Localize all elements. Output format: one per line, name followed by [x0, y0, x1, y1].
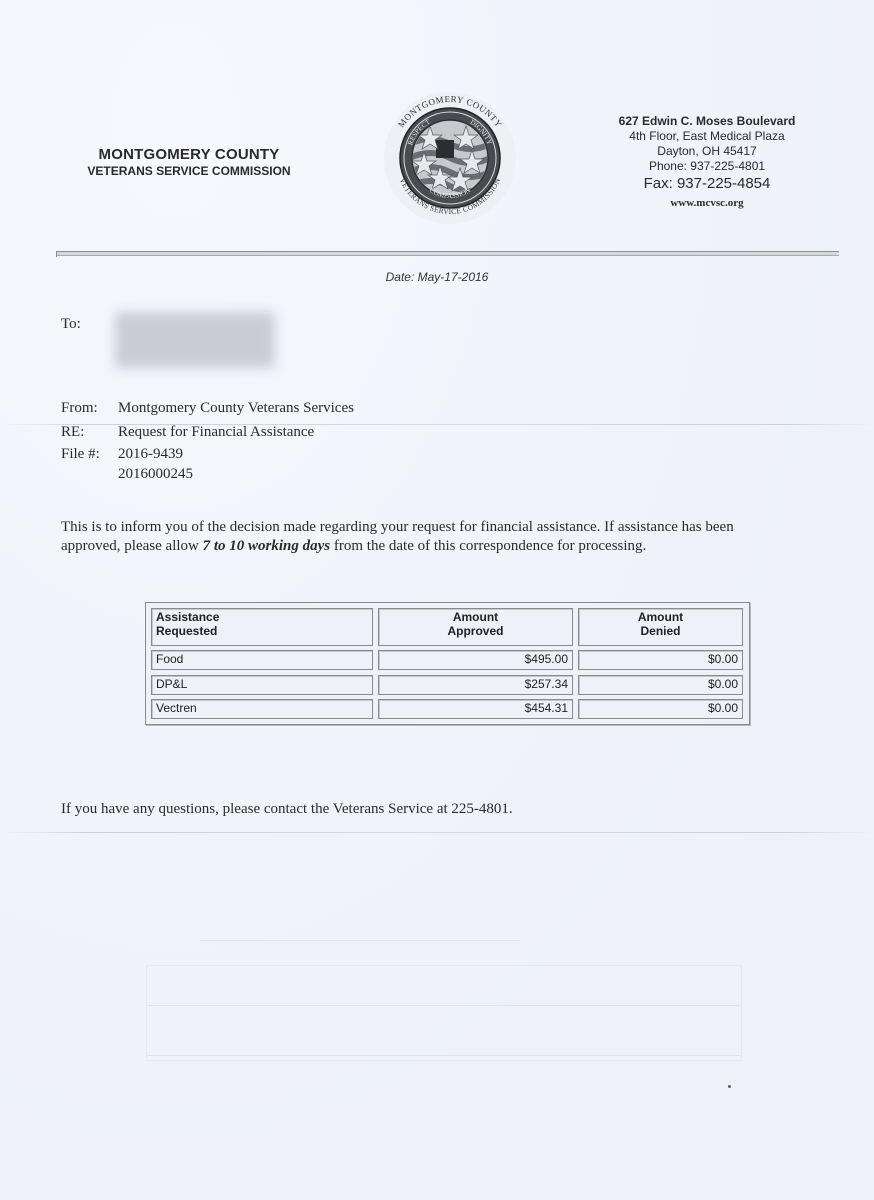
header-line1: Amount: [583, 610, 738, 624]
table-row-denied: $0.00: [578, 650, 743, 670]
redacted-recipient: [115, 312, 275, 368]
address-street: 627 Edwin C. Moses Boulevard: [604, 114, 810, 129]
table-row-item: Vectren: [151, 699, 373, 719]
table-row-approved: $257.34: [378, 675, 573, 695]
processing-time-emphasis: 7 to 10 working days: [203, 538, 331, 554]
header-divider-cap: [56, 251, 57, 257]
bleed-through-line: [146, 1005, 740, 1006]
bleed-through-line: [146, 1055, 740, 1056]
assistance-table: Assistance Requested Amount Approved Amo…: [145, 602, 750, 725]
address-block: 627 Edwin C. Moses Boulevard 4th Floor, …: [604, 114, 810, 211]
header-line2: Requested: [156, 624, 368, 638]
header-line1: Amount: [383, 610, 568, 624]
closing-line: If you have any questions, please contac…: [61, 801, 513, 818]
header-line1: Assistance: [156, 610, 368, 624]
header-line2: Denied: [583, 624, 738, 638]
header-assistance-requested: Assistance Requested: [151, 608, 373, 646]
county-seal-icon: MONTGOMERY COUNTY VETERANS SERVICE COMMI…: [380, 88, 520, 228]
paper-speck: [728, 1085, 731, 1088]
header-amount-approved: Amount Approved: [378, 608, 573, 646]
letter-date: Date: May-17-2016: [0, 270, 874, 284]
header-amount-denied: Amount Denied: [578, 608, 743, 646]
decision-paragraph: This is to inform you of the decision ma…: [61, 518, 761, 556]
org-name-line2: VETERANS SERVICE COMMISSION: [60, 164, 318, 178]
from-value: Montgomery County Veterans Services: [118, 400, 354, 417]
file-label: File #:: [61, 446, 100, 463]
website-link[interactable]: www.mcvsc.org: [604, 196, 810, 211]
table-row-item: Food: [151, 650, 373, 670]
org-name-line1: MONTGOMERY COUNTY: [60, 146, 318, 163]
bleed-through-table: [146, 965, 742, 1061]
address-city: Dayton, OH 45417: [604, 144, 810, 159]
paragraph-part2: from the date of this correspondence for…: [330, 538, 646, 554]
organization-name: MONTGOMERY COUNTY VETERANS SERVICE COMMI…: [60, 146, 318, 178]
table-row-item: DP&L: [151, 675, 373, 695]
header-line2: Approved: [383, 624, 568, 638]
paper-fold-line: [0, 832, 874, 833]
from-label: From:: [61, 400, 98, 417]
address-suite: 4th Floor, East Medical Plaza: [604, 129, 810, 144]
table-row-denied: $0.00: [578, 675, 743, 695]
table-row-approved: $495.00: [378, 650, 573, 670]
table-row-denied: $0.00: [578, 699, 743, 719]
paper-fold-line: [0, 424, 874, 425]
file-number-1: 2016-9439: [118, 446, 183, 463]
re-value: Request for Financial Assistance: [118, 424, 314, 441]
address-fax: Fax: 937-225-4854: [604, 174, 810, 193]
to-label: To:: [61, 316, 81, 333]
header-divider: [56, 251, 839, 256]
address-phone: Phone: 937-225-4801: [604, 159, 810, 174]
bleed-through-line: [200, 940, 520, 941]
re-label: RE:: [61, 424, 84, 441]
file-number-2: 2016000245: [118, 466, 193, 483]
table-row-approved: $454.31: [378, 699, 573, 719]
